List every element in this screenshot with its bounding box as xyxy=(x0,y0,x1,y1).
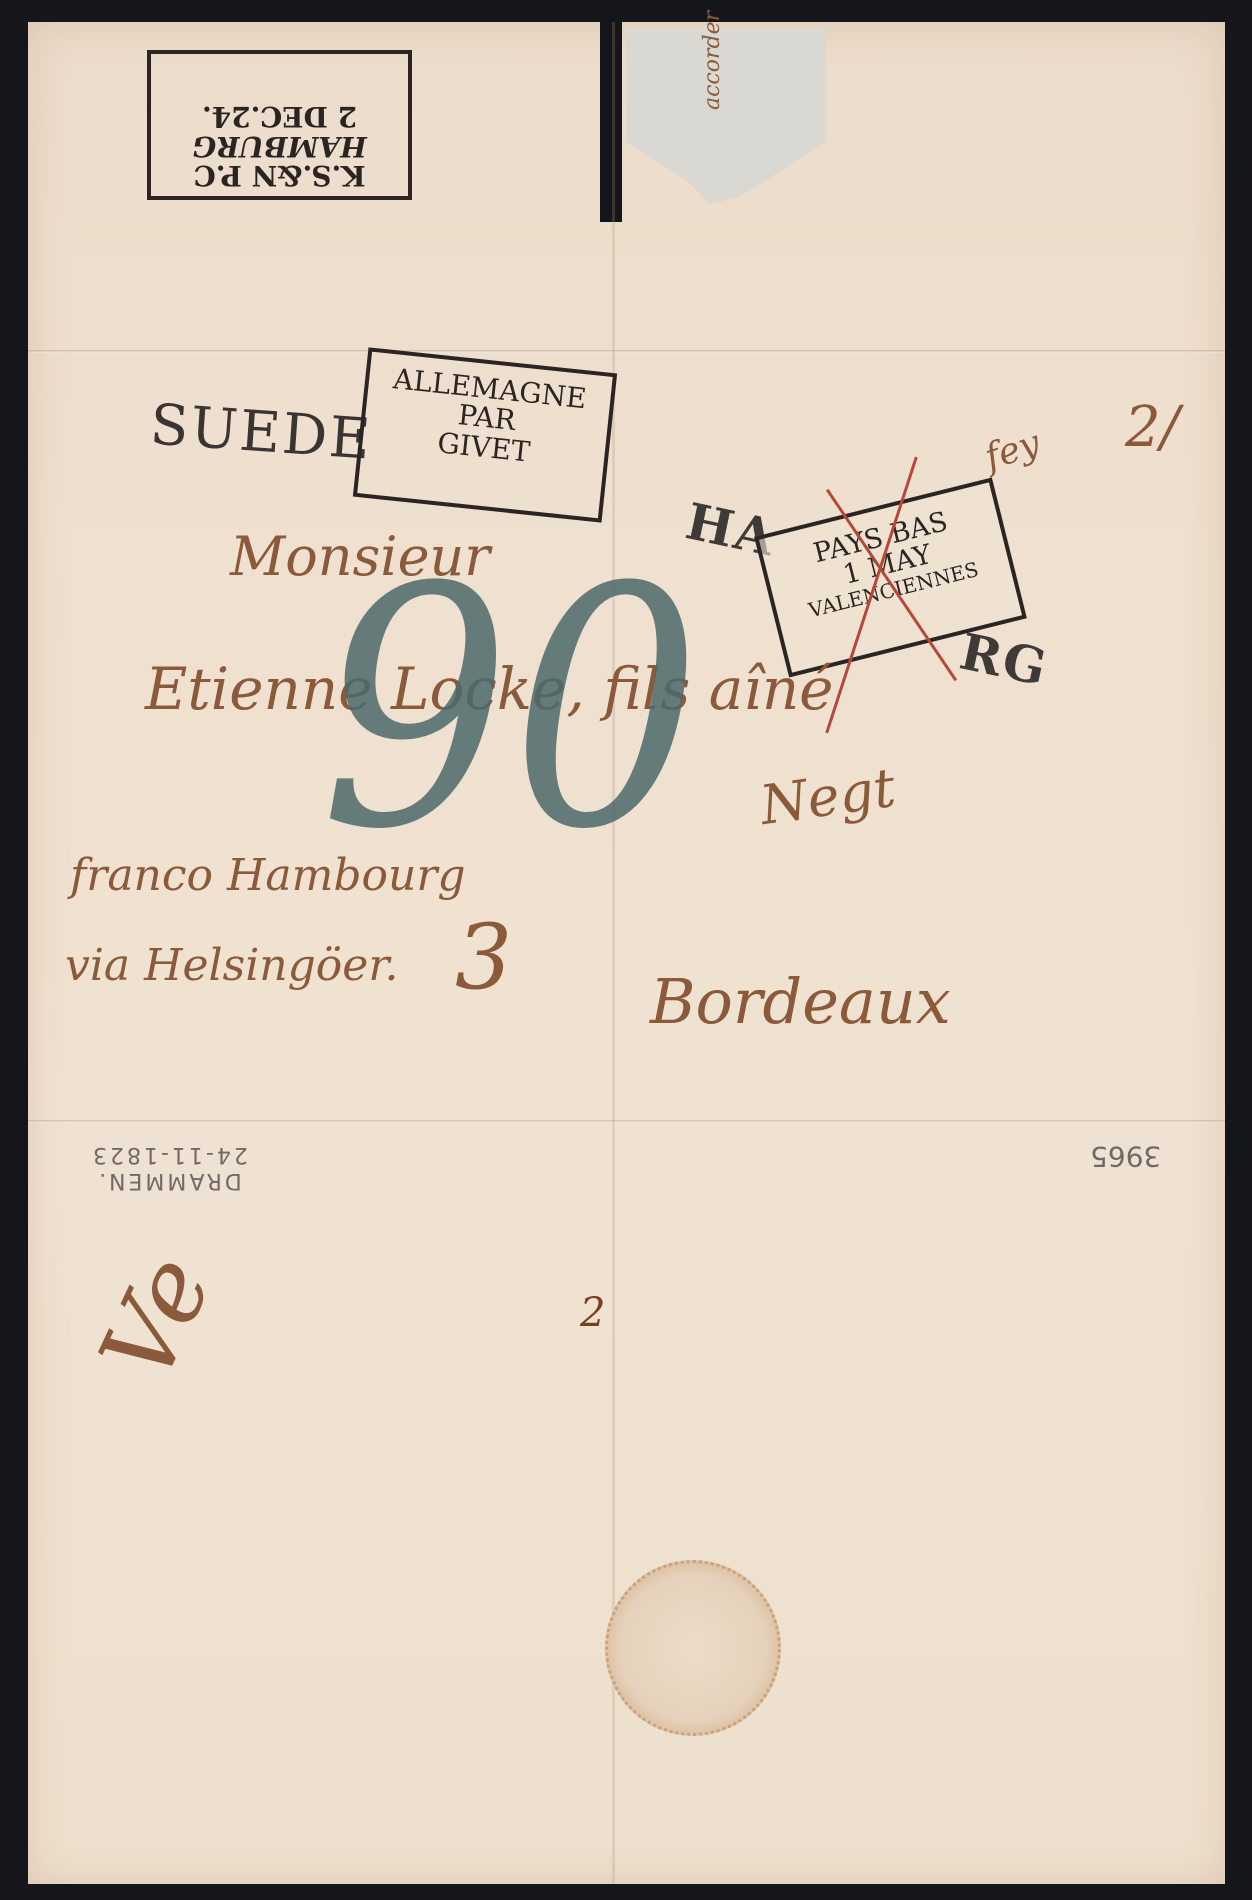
pencil-origin: 24-11-1823 xyxy=(90,1140,248,1166)
rate-top-right: 2/ xyxy=(1125,395,1180,460)
stamp-line-3: 2 DEC.24. xyxy=(151,102,408,131)
small-manuscript-mark: 2 xyxy=(580,1290,605,1336)
fold-line-vertical xyxy=(612,22,615,1884)
wax-seal xyxy=(605,1560,781,1736)
pencil-inventory-number: 3965 xyxy=(1090,1140,1161,1173)
allemagne-par-givet-handstamp: ALLEMAGNE PAR GIVET xyxy=(353,347,617,522)
fold-line-middle xyxy=(28,1120,1225,1123)
destination-city: Bordeaux xyxy=(650,965,951,1038)
stamp-line-2: HAMBURG xyxy=(151,131,408,160)
hamburg-boxed-handstamp: K.S.&N P.C HAMBURG 2 DEC.24. xyxy=(147,50,412,200)
pencil-date: DRAMMEN. xyxy=(90,1166,248,1192)
flap-note: accorder xyxy=(700,11,725,110)
fold-line-top xyxy=(28,350,1225,353)
routing-line-1: franco Hambourg xyxy=(70,850,466,901)
routing-line-2: via Helsingöer. xyxy=(65,940,399,991)
flap-gap xyxy=(600,22,622,222)
pencil-note-origin: DRAMMEN. 24-11-1823 xyxy=(90,1140,248,1193)
blue-crayon-rate: 90 xyxy=(320,545,702,875)
stamp-line-1: K.S.&N P.C xyxy=(151,161,408,190)
routing-bracket: 3 xyxy=(455,905,512,1010)
